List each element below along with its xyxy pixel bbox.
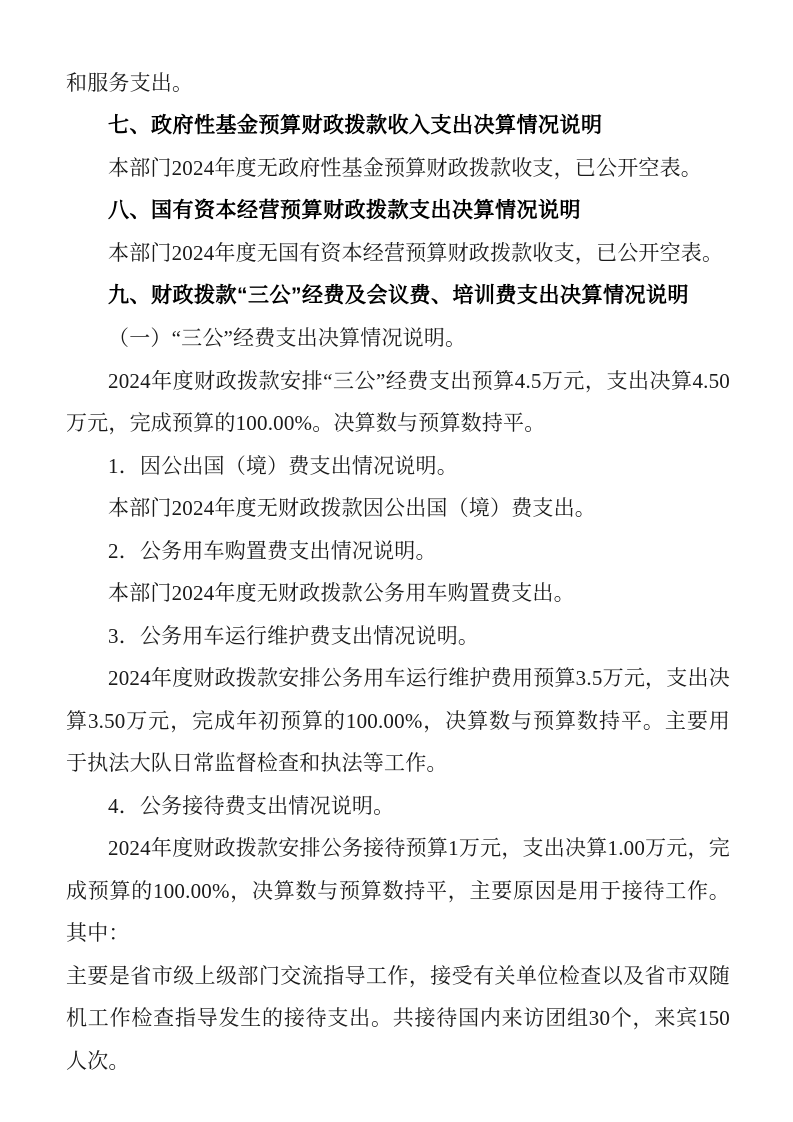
paragraph: 3．公务用车运行维护费支出情况说明。 xyxy=(66,615,730,658)
paragraph: 2024年度财政拨款安排公务接待预算1万元，支出决算1.00万元，完成预算的10… xyxy=(66,827,730,955)
paragraph: 2．公务用车购置费支出情况说明。 xyxy=(66,530,730,573)
paragraph: 本部门2024年度无国有资本经营预算财政拨款收支，已公开空表。 xyxy=(66,232,730,275)
paragraph: 1．因公出国（境）费支出情况说明。 xyxy=(66,445,730,488)
section-heading: 九、财政拨款“三公”经费及会议费、培训费支出决算情况说明 xyxy=(66,275,730,318)
paragraph: 本部门2024年度无政府性基金预算财政拨款收支，已公开空表。 xyxy=(66,147,730,190)
paragraph: 2024年度财政拨款安排“三公”经费支出预算4.5万元，支出决算4.50万元，完… xyxy=(66,360,730,445)
paragraph: （一）“三公”经费支出决算情况说明。 xyxy=(66,317,730,360)
paragraph: 本部门2024年度无财政拨款因公出国（境）费支出。 xyxy=(66,487,730,530)
document-body: 和服务支出。七、政府性基金预算财政拨款收入支出决算情况说明本部门2024年度无政… xyxy=(66,62,730,1082)
document-page: 和服务支出。七、政府性基金预算财政拨款收入支出决算情况说明本部门2024年度无政… xyxy=(0,0,793,1122)
paragraph: 2024年度财政拨款安排公务用车运行维护费用预算3.5万元，支出决算3.50万元… xyxy=(66,657,730,785)
section-heading: 七、政府性基金预算财政拨款收入支出决算情况说明 xyxy=(66,105,730,148)
paragraph: 和服务支出。 xyxy=(66,62,730,105)
section-heading: 八、国有资本经营预算财政拨款支出决算情况说明 xyxy=(66,190,730,233)
paragraph: 本部门2024年度无财政拨款公务用车购置费支出。 xyxy=(66,572,730,615)
paragraph: 主要是省市级上级部门交流指导工作，接受有关单位检查以及省市双随机工作检查指导发生… xyxy=(66,955,730,1083)
paragraph: 4．公务接待费支出情况说明。 xyxy=(66,785,730,828)
